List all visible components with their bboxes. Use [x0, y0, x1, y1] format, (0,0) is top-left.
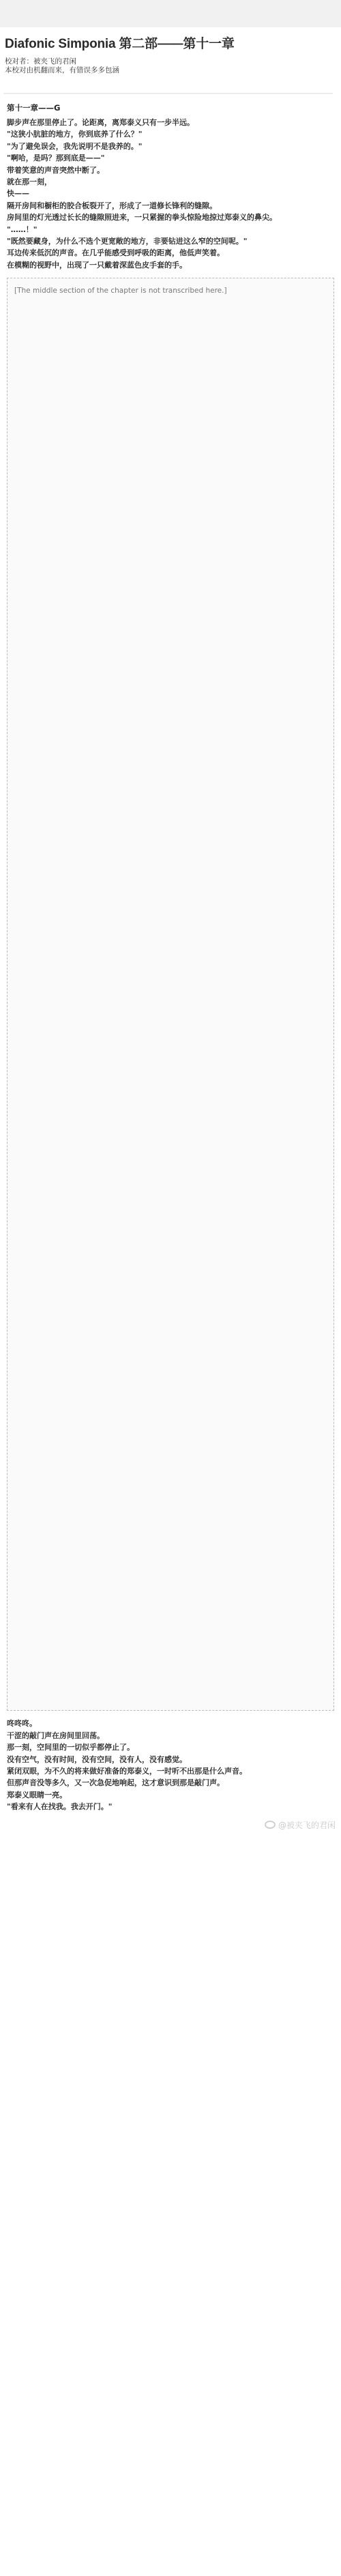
opening-section: 脚步声在那里停止了。论距离，离郑泰义只有一步半远。"这狭小肮脏的地方，你到底养了… [7, 117, 334, 271]
paragraph: 那一刻，空间里的一切似乎都停止了。 [7, 1741, 334, 1753]
paragraph: 咚咚咚。 [7, 1718, 334, 1729]
weibo-icon [265, 1821, 276, 1829]
paragraph: 就在那一刻， [7, 176, 334, 188]
paragraph: 没有空气，没有时间，没有空间，没有人，没有感觉。 [7, 1754, 334, 1765]
paragraph: 脚步声在那里停止了。论距离，离郑泰义只有一步半远。 [7, 117, 334, 128]
translation-note: 本校对由机翻而来，有错误多多包涵 [5, 66, 336, 75]
watermark-text: @被夹飞的君闲 [278, 1819, 336, 1831]
watermark: @被夹飞的君闲 [265, 1819, 336, 1831]
paragraph: 隔开房间和橱柜的胶合板裂开了，形成了一道修长锋利的缝隙。 [7, 200, 334, 212]
article-header: Diafonic Simponia 第二部——第十一章 校对者：被夹飞的君闲 本… [0, 27, 341, 75]
paragraph: 紧闭双眼，为不久的将来做好准备的郑泰义，一时听不出那是什么声音。 [7, 1765, 334, 1777]
paragraph: 快—— [7, 188, 334, 199]
paragraph: 带着笑意的声音突然中断了。 [7, 164, 334, 176]
paragraph: 干涩的敲门声在房间里回荡。 [7, 1730, 334, 1741]
omitted-section: [The middle section of the chapter is no… [7, 278, 334, 1711]
paragraph: "啊哈，是吗？那到底是——" [7, 152, 334, 164]
paragraph: "……！" [7, 224, 334, 235]
footer: @被夹飞的君闲 [0, 1813, 341, 1840]
proofreader-line: 校对者：被夹飞的君闲 [5, 57, 336, 66]
top-bar [0, 0, 341, 27]
paragraph: 耳边传来低沉的声音。在几乎能感受到呼吸的距离，他低声笑着。 [7, 247, 334, 259]
closing-section: 咚咚咚。干涩的敲门声在房间里回荡。那一刻，空间里的一切似乎都停止了。没有空气，没… [7, 1718, 334, 1812]
paragraph: 郑泰义眼睛一亮。 [7, 1789, 334, 1801]
paragraph: 在模糊的视野中，出现了一只戴着深蓝色皮手套的手。 [7, 259, 334, 271]
page-title: Diafonic Simponia 第二部——第十一章 [5, 35, 336, 53]
paragraph: 房间里的灯光透过长长的缝隙照进来，一只紧握的拳头惊险地掠过郑泰义的鼻尖。 [7, 212, 334, 223]
chapter-heading: 第十一章——G [7, 102, 334, 113]
paragraph: "为了避免误会，我先说明不是我养的。" [7, 141, 334, 152]
paragraph: 但那声音没等多久，又一次急促地响起，这才意识到那是敲门声。 [7, 1777, 334, 1789]
paragraph: "这狭小肮脏的地方，你到底养了什么？" [7, 128, 334, 140]
chapter-body: 第十一章——G 脚步声在那里停止了。论距离，离郑泰义只有一步半远。"这狭小肮脏的… [0, 94, 341, 1813]
paragraph: "看来有人在找我。我去开门。" [7, 1801, 334, 1812]
paragraph: "既然要藏身，为什么不选个更宽敞的地方，非要钻进这么窄的空间呢。" [7, 235, 334, 247]
credits: 校对者：被夹飞的君闲 本校对由机翻而来，有错误多多包涵 [5, 57, 336, 75]
